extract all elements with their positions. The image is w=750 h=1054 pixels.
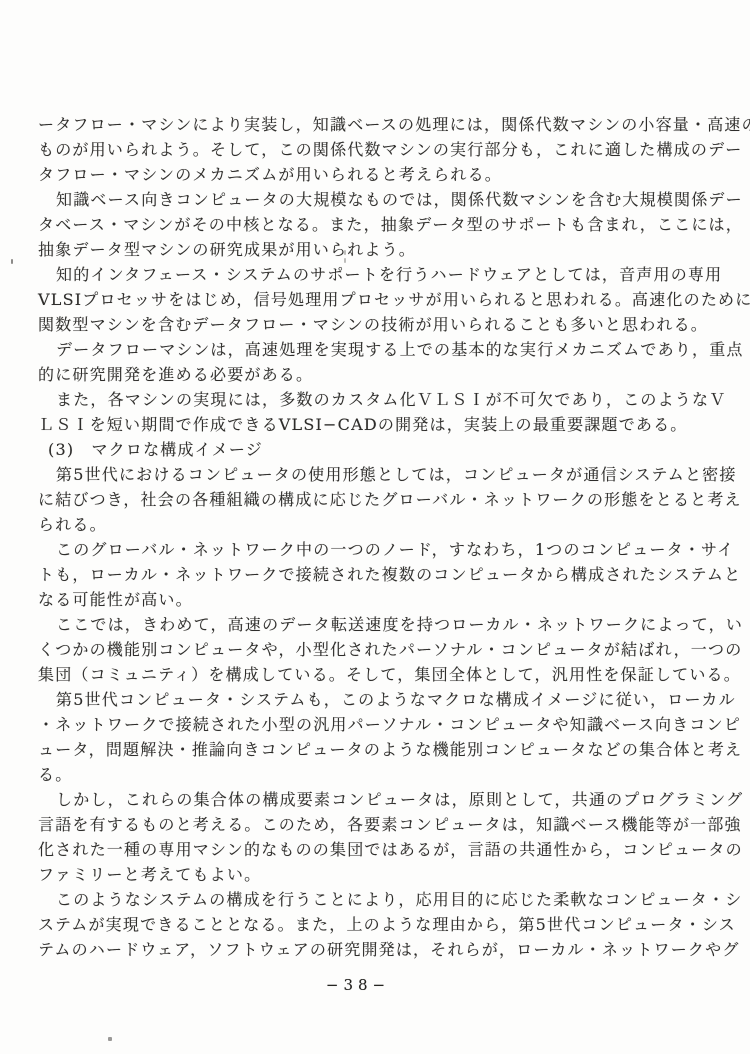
text-line: ュータ，問題解決・推論向きコンピュータのような機能別コンピュータなどの集合体と考… [38,737,738,762]
text-line: ＬＳＩを短い期間で作成できるVLSI−CADの開発は，実装上の最重要課題である。 [38,412,738,437]
text-line: このグローバル・ネットワーク中の一つのノード，すなわち，1つのコンピュータ・サイ [38,537,738,562]
text-line: 第5世代におけるコンピュータの使用形態としては，コンピュータが通信システムと密接 [38,462,738,487]
document-text: ータフロー・マシンにより実装し，知識ベースの処理には，関係代数マシンの小容量・高… [38,112,738,962]
scan-speck [344,258,346,263]
text-line: 化された一種の専用マシン的なものの集団ではあるが，言語の共通性から，コンピュータ… [38,837,738,862]
text-line: ・ネットワークで接続された小型の汎用パーソナル・コンピュータや知識ベース向きコン… [38,712,738,737]
scanned-document-page: ータフロー・マシンにより実装し，知識ベースの処理には，関係代数マシンの小容量・高… [0,0,750,1054]
section-heading: (3) マクロな構成イメージ [38,437,738,462]
text-line: られる。 [38,512,738,537]
text-line: 抽象データ型マシンの研究成果が用いられよう。 [38,237,738,262]
text-line: ータフロー・マシンにより実装し，知識ベースの処理には，関係代数マシンの小容量・高… [38,112,738,137]
text-line: なる可能性が高い。 [38,587,738,612]
text-line: 知的インタフェース・システムのサポートを行うハードウェアとしては，音声用の専用 [38,262,738,287]
text-line: ファミリーと考えてもよい。 [38,862,738,887]
text-line: 言語を有するものと考える。このため，各要素コンピュータは，知識ベース機能等が一部… [38,812,738,837]
text-line: トも，ローカル・ネットワークで接続された複数のコンピュータから構成されたシステム… [38,562,738,587]
text-line: 的に研究開発を進める必要がある。 [38,362,738,387]
text-line: 知識ベース向きコンピュータの大規模なものでは，関係代数マシンを含む大規模関係デー [38,187,738,212]
text-line: テムのハードウェア，ソフトウェアの研究開発は，それらが，ローカル・ネットワークや… [38,937,738,962]
text-line: くつかの機能別コンピュータや，小型化されたパーソナル・コンピュータが結ばれ，一つ… [38,637,738,662]
text-line: このようなシステムの構成を行うことにより，応用目的に応じた柔軟なコンピュータ・シ [38,887,738,912]
text-line: また，各マシンの実現には，多数のカスタム化ＶＬＳＩが不可欠であり，このようなＶ [38,387,738,412]
scan-speck [108,1037,112,1041]
text-line: る。 [38,762,738,787]
text-line: ものが用いられよう。そして，この関係代数マシンの実行部分も，これに適した構成のデ… [38,137,738,162]
text-line: データフローマシンは，高速処理を実現する上での基本的な実行メカニズムであり，重点 [38,337,738,362]
text-line: しかし，これらの集合体の構成要素コンピュータは，原則として，共通のプログラミング [38,787,738,812]
text-line: に結びつき，社会の各種組織の構成に応じたグローバル・ネットワークの形態をとると考… [38,487,738,512]
scan-speck [11,259,13,264]
text-line: 第5世代コンピュータ・システムも，このようなマクロな構成イメージに従い，ローカル [38,687,738,712]
text-line: 集団（コミュニティ）を構成している。そして，集団全体として，汎用性を保証している… [38,662,738,687]
text-line: VLSIプロセッサをはじめ，信号処理用プロセッサが用いられると思われる。高速化の… [38,287,738,312]
page-number: −38− [0,976,716,994]
text-line: ステムが実現できることとなる。また，上のような理由から，第5世代コンピュータ・シ… [38,912,738,937]
text-line: タベース・マシンがその中核となる。また，抽象データ型のサポートも含まれ，ここには… [38,212,738,237]
scan-speck [344,250,346,255]
text-line: タフロー・マシンのメカニズムが用いられると考えられる。 [38,162,738,187]
text-line: ここでは，きわめて，高速のデータ転送速度を持つローカル・ネットワークによって，い [38,612,738,637]
text-line: 関数型マシンを含むデータフロー・マシンの技術が用いられることも多いと思われる。 [38,312,738,337]
